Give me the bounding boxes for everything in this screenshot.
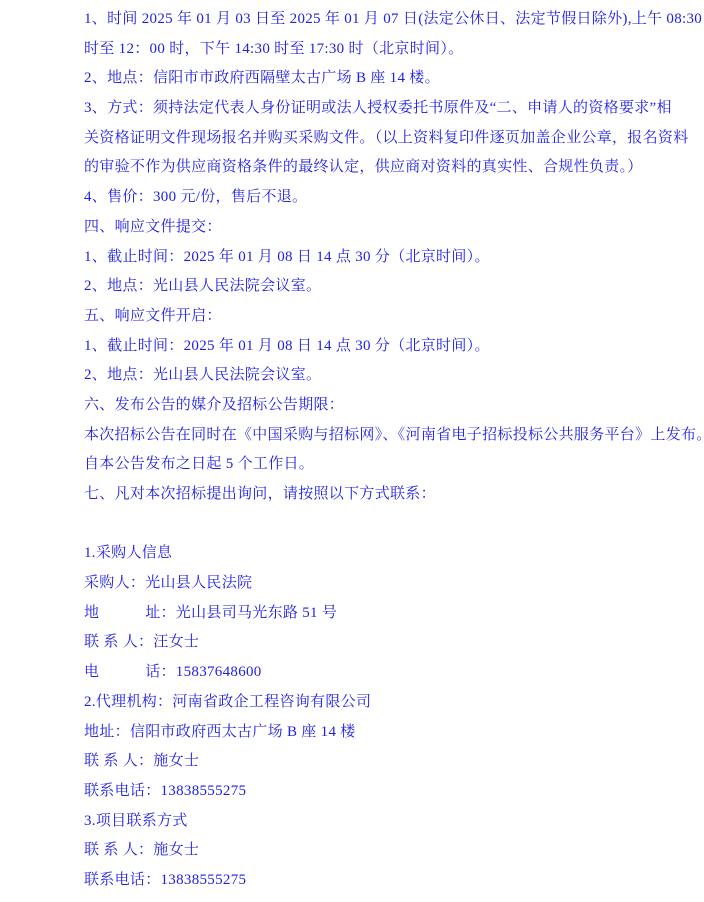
document-page: 1、时间 2025 年 01 月 03 日至 2025 年 01 月 07 日(… — [0, 0, 704, 902]
doc-line: 联系电话：13838555275 — [84, 777, 654, 807]
doc-line: 2、地点：光山县人民法院会议室。 — [84, 272, 654, 302]
doc-line: 1、截止时间：2025 年 01 月 08 日 14 点 30 分（北京时间）。 — [84, 243, 654, 273]
doc-line: 1、截止时间：2025 年 01 月 08 日 14 点 30 分（北京时间）。 — [84, 332, 654, 362]
doc-line: 五、响应文件开启： — [84, 302, 654, 332]
doc-line: 2、地点：信阳市市政府西隔壁太古广场 B 座 14 楼。 — [84, 64, 654, 94]
doc-line: 采购人：光山县人民法院 — [84, 569, 654, 599]
doc-line: 自本公告发布之日起 5 个工作日。 — [84, 450, 654, 480]
doc-line: 七、凡对本次招标提出询问，请按照以下方式联系： — [84, 480, 654, 510]
doc-line: 电 话：15837648600 — [84, 658, 654, 688]
doc-line: 六、发布公告的媒介及招标公告期限： — [84, 391, 654, 421]
doc-line: 2.代理机构：河南省政企工程咨询有限公司 — [84, 688, 654, 718]
doc-line: 关资格证明文件现场报名并购买采购文件。（以上资料复印件逐页加盖企业公章，报名资料 — [84, 124, 654, 154]
doc-line: 1、时间 2025 年 01 月 03 日至 2025 年 01 月 07 日(… — [84, 5, 654, 35]
doc-line: 本次招标公告在同时在《中国采购与招标网》、《河南省电子招标投标公共服务平台》上发… — [84, 421, 654, 451]
doc-line: 地 址：光山县司马光东路 51 号 — [84, 599, 654, 629]
doc-line: 3、方式：须持法定代表人身份证明或法人授权委托书原件及“二、申请人的资格要求”相 — [84, 94, 654, 124]
doc-line: 联 系 人：施女士 — [84, 836, 654, 866]
doc-line: 1.采购人信息 — [84, 539, 654, 569]
doc-line: 4、售价：300 元/份，售后不退。 — [84, 183, 654, 213]
doc-line: 的审验不作为供应商资格条件的最终认定，供应商对资料的真实性、合规性负责。） — [84, 153, 654, 183]
doc-line: 联 系 人：施女士 — [84, 747, 654, 777]
doc-line: 四、响应文件提交： — [84, 213, 654, 243]
doc-line: 时至 12：00 时，下午 14:30 时至 17:30 时（北京时间）。 — [84, 35, 654, 65]
doc-line: 联系电话：13838555275 — [84, 866, 654, 896]
document-body: 1、时间 2025 年 01 月 03 日至 2025 年 01 月 07 日(… — [84, 5, 654, 896]
doc-blank-line — [84, 510, 654, 540]
doc-line: 地址：信阳市政府西太古广场 B 座 14 楼 — [84, 718, 654, 748]
doc-line: 2、地点：光山县人民法院会议室。 — [84, 361, 654, 391]
doc-line: 3.项目联系方式 — [84, 807, 654, 837]
doc-line: 联 系 人：汪女士 — [84, 628, 654, 658]
